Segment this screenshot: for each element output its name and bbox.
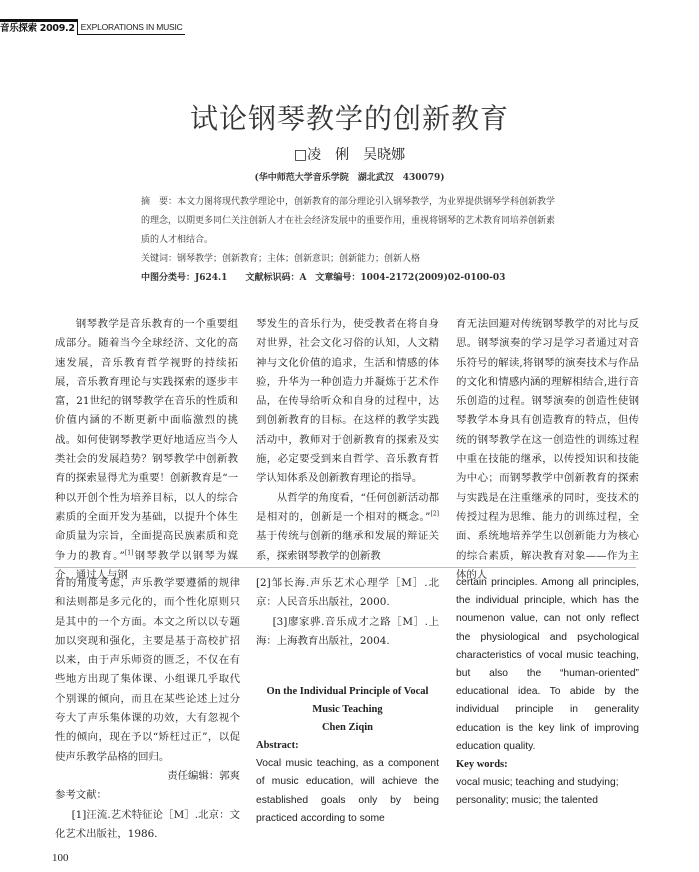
paragraph: 育无法回避对传统钢琴教学的对比与反思。钢琴演奏的学习是学习者通过对音乐符号的解读… — [456, 315, 639, 585]
journal-name-english: EXPLORATIONS IN MUSIC — [78, 22, 185, 35]
paragraph: 育的角度考虑，声乐教学要遵循的规律和法则都是多元化的，而个性化原则只是其中的一个… — [55, 574, 240, 767]
article-authors: □凌 俐 吴晓娜 — [0, 144, 699, 164]
responsible-editor: 责任编辑：郭爽 — [55, 767, 240, 786]
english-abstract-text: certain principles. Among all principles… — [456, 574, 639, 756]
article-title: 试论钢琴教学的创新教育 — [0, 97, 699, 137]
paragraph: 钢琴教学是音乐教育的一个重要组成部分。随着当今全球经济、文化的高速发展，音乐教育… — [55, 315, 238, 585]
author-affiliation: (华中师范大学音乐学院 湖北武汉 430079) — [0, 170, 699, 183]
keywords-label: 关键词： — [141, 254, 177, 264]
english-author: Chen Ziqin — [256, 719, 439, 737]
body-column-3: 育无法回避对传统钢琴教学的对比与反思。钢琴演奏的学习是学习者通过对音乐符号的解读… — [456, 315, 639, 585]
body-column-2: 琴发生的音乐行为，使受教者在将自身对世界，社会文化习俗的认知，人文精神与文化价值… — [256, 315, 439, 566]
journal-name: 音乐探索 2009.2 — [0, 19, 78, 35]
lower-column-2: [2]邹长海.声乐艺术心理学［M］.北京：人民音乐出版社，2000. [3]廖家… — [256, 574, 439, 828]
abstract-text: 本文力图将现代教学理论中，创新教育的部分理论引入钢琴教学，为业界提供钢琴学科创新… — [141, 197, 555, 245]
lower-column-3: certain principles. Among all principles… — [456, 574, 639, 810]
reference-item: [1]汪流.艺术特征论［M］.北京：文化艺术出版社，1986. — [55, 806, 240, 845]
paragraph: 琴发生的音乐行为，使受教者在将自身对世界，社会文化习俗的认知，人文精神与文化价值… — [256, 315, 439, 489]
abstract-label: 摘 要： — [141, 197, 177, 207]
citation-marker: [2] — [431, 511, 440, 518]
reference-item: [2]邹长海.声乐艺术心理学［M］.北京：人民音乐出版社，2000. — [256, 574, 439, 613]
body-column-1: 钢琴教学是音乐教育的一个重要组成部分。随着当今全球经济、文化的高速发展，音乐教育… — [55, 315, 238, 585]
references-heading: 参考文献： — [55, 786, 240, 805]
english-abstract-label: Abstract: — [256, 737, 439, 755]
chinese-abstract-block: 摘 要：本文力图将现代教学理论中，创新教育的部分理论引入钢琴教学，为业界提供钢琴… — [141, 193, 561, 288]
abstract: 摘 要：本文力图将现代教学理论中，创新教育的部分理论引入钢琴教学，为业界提供钢琴… — [141, 193, 561, 250]
english-keywords: vocal music; teaching and studying; pers… — [456, 774, 639, 810]
lower-column-1: 育的角度考虑，声乐教学要遵循的规律和法则都是多元化的，而个性化原则只是其中的一个… — [55, 574, 240, 844]
english-abstract-text: Vocal music teaching, as a component of … — [256, 755, 439, 828]
paragraph-text: 基于传统与创新的继承和发展的辩证关系，探索钢琴教学的创新教 — [256, 530, 439, 561]
paragraph: 从哲学的角度看，“任何创新活动都是相对的，创新是一个相对的概念。”[2]基于传统… — [256, 489, 439, 566]
page-number: 100 — [52, 852, 69, 864]
paragraph-text: 从哲学的角度看，“任何创新活动都是相对的，创新是一个相对的概念。” — [256, 492, 439, 523]
classification-line: 中图分类号：J624.1 文献标识码：A 文章编号：1004-2172(2009… — [141, 269, 561, 288]
keywords-text: 钢琴教学；创新教育；主体；创新意识；创新能力；创新人格 — [177, 254, 420, 264]
english-title: On the Individual Principle of Vocal Mus… — [256, 683, 439, 719]
section-divider — [54, 567, 636, 568]
english-keywords-label: Key words: — [456, 756, 639, 774]
keywords: 关键词：钢琴教学；创新教育；主体；创新意识；创新能力；创新人格 — [141, 250, 561, 269]
reference-item: [3]廖家骅.音乐成才之路［M］.上海：上海教育出版社，2004. — [256, 613, 439, 652]
paragraph-text: 钢琴教学是音乐教育的一个重要组成部分。随着当今全球经济、文化的高速发展，音乐教育… — [55, 318, 238, 562]
running-header: 音乐探索 2009.2 EXPLORATIONS IN MUSIC — [0, 19, 185, 35]
